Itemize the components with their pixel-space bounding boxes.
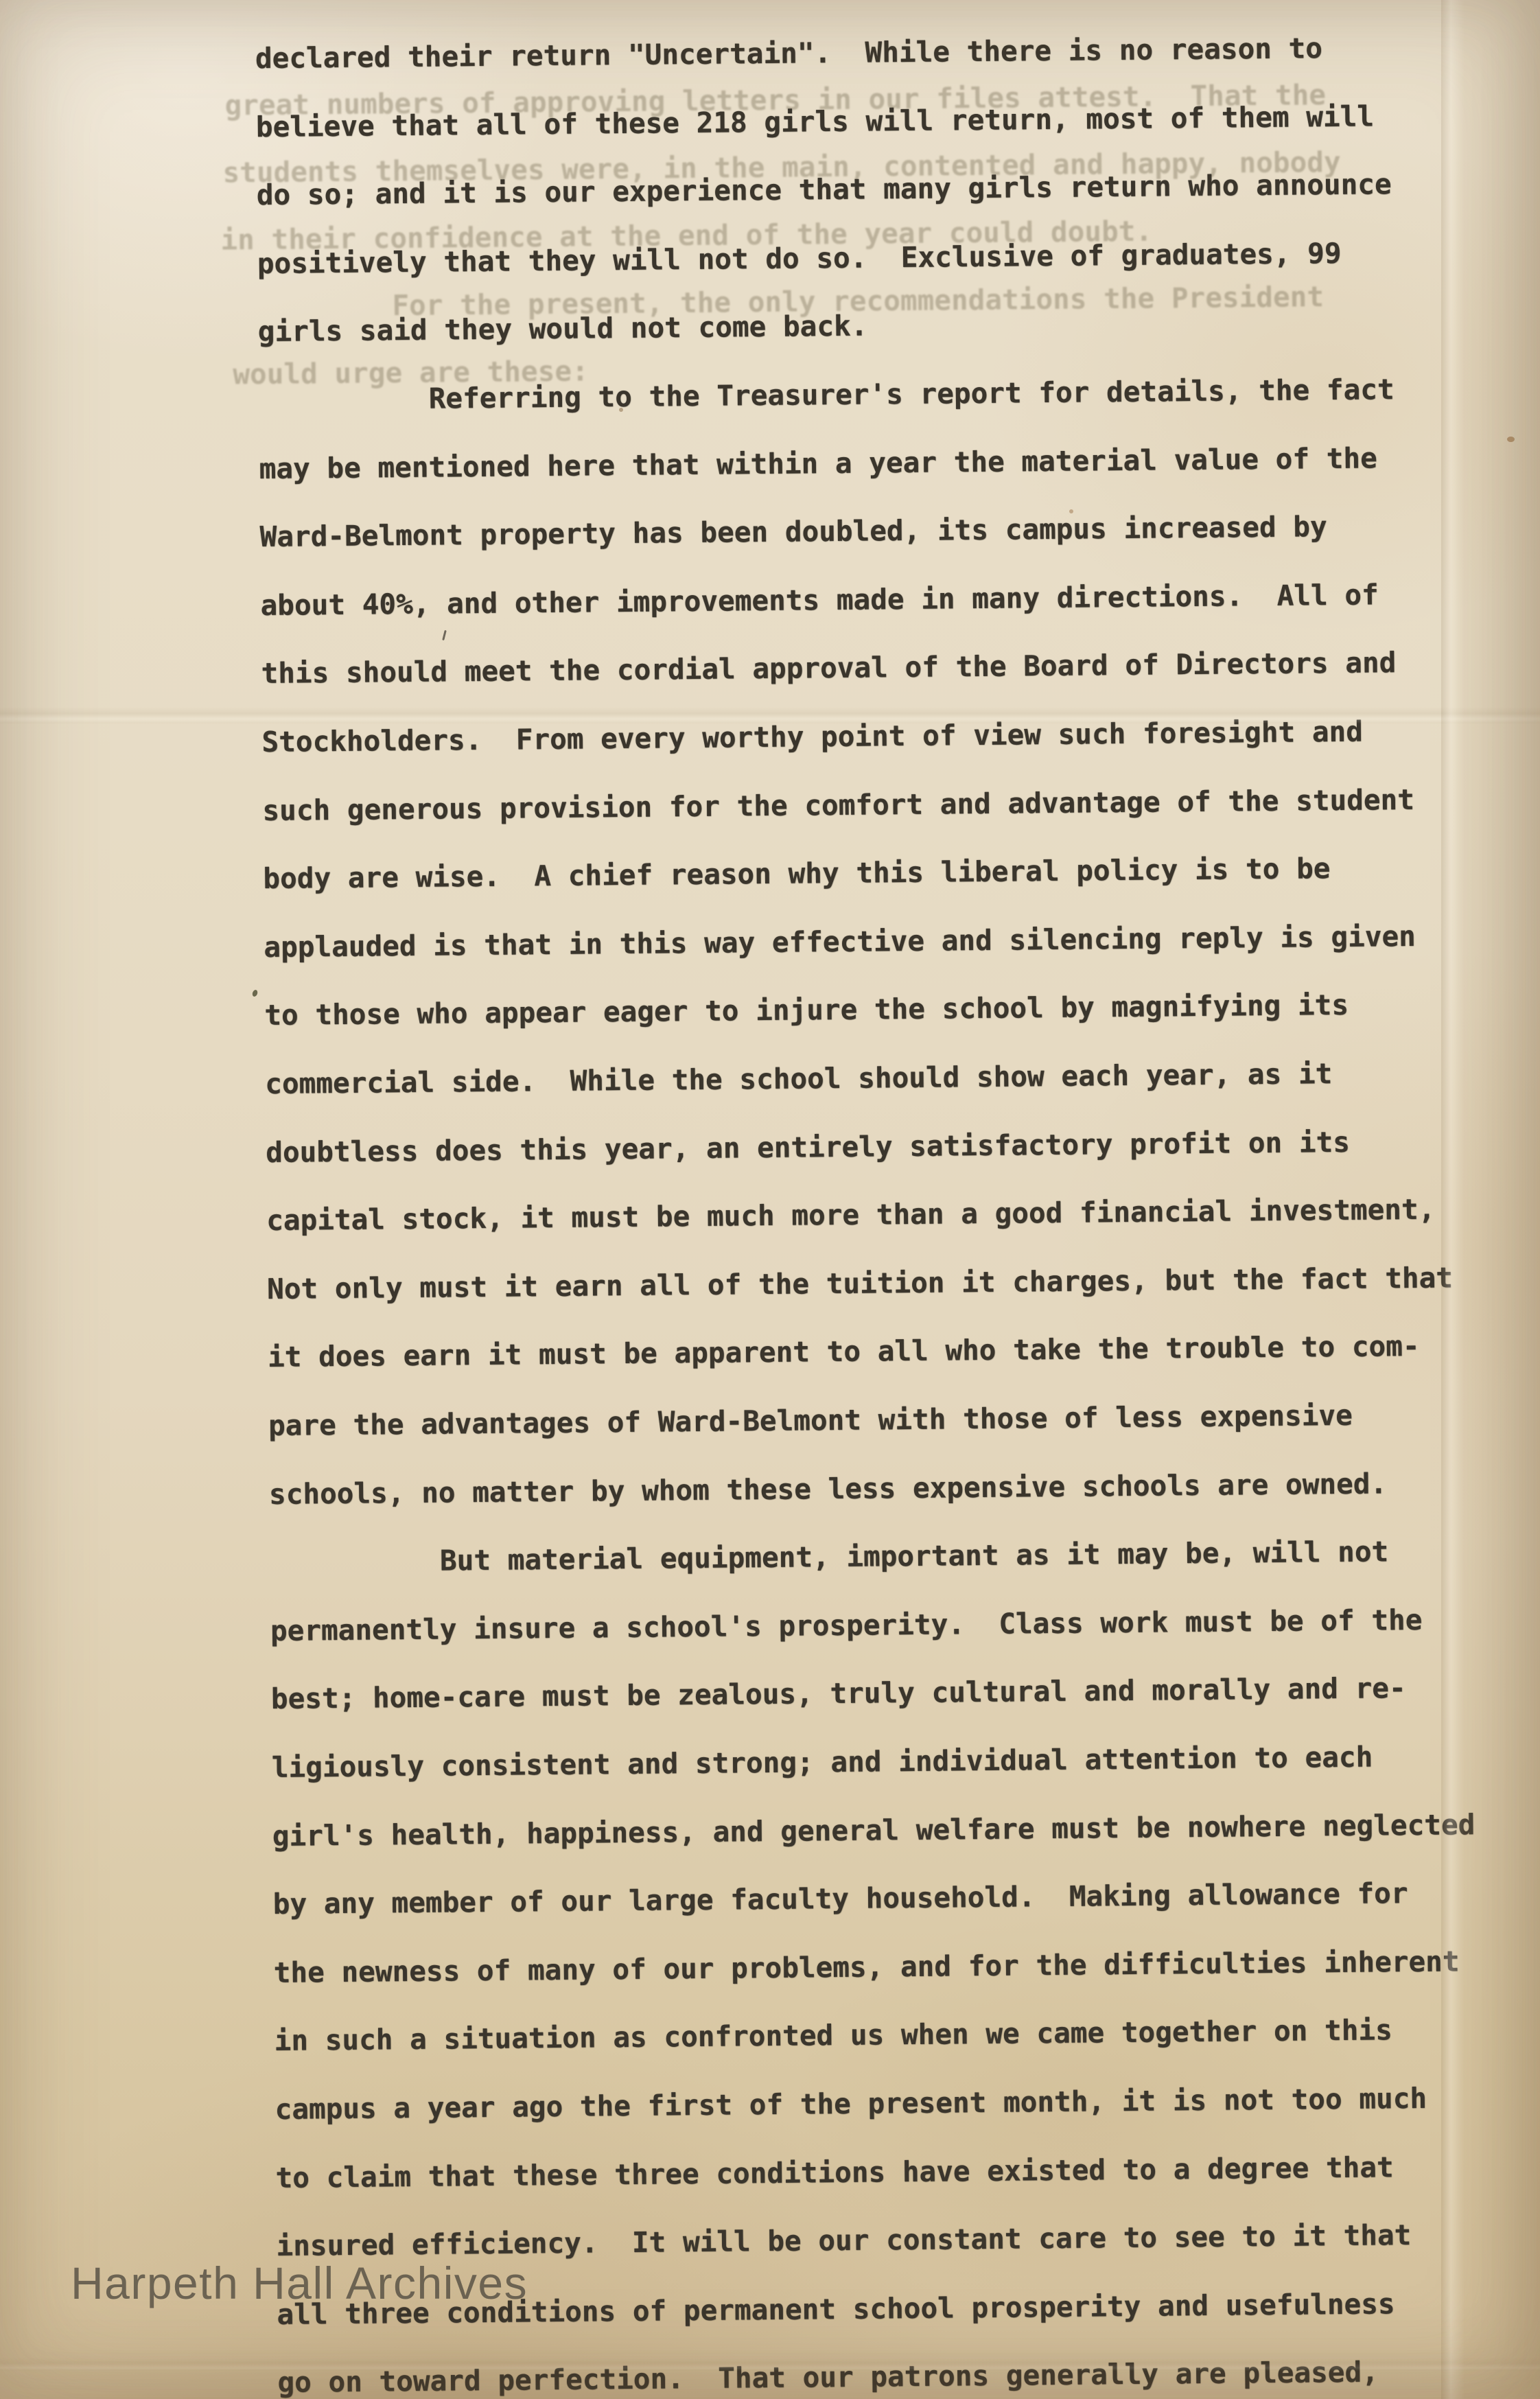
typed-line: capital stock, it must be much more than… — [266, 1196, 1436, 1235]
typed-line: girls said they would not come back. — [258, 312, 868, 347]
typed-line: Not only must it earn all of the tuition… — [267, 1264, 1453, 1303]
typed-line: permanently insure a school's prosperity… — [270, 1606, 1423, 1645]
typed-line: pare the advantages of Ward-Belmont with… — [268, 1402, 1353, 1440]
typed-line: the newness of many of our problems, and… — [274, 1947, 1460, 1987]
typed-line: in such a situation as confronted us whe… — [274, 2017, 1392, 2056]
typed-line: this should meet the cordial approval of… — [261, 649, 1396, 688]
typed-line: Referring to the Treasurer's report for … — [429, 375, 1395, 413]
bleedthrough-lines: great numbers of approving letters in ou… — [0, 0, 1539, 3]
typed-line: Stockholders. From every worthy point of… — [261, 718, 1363, 756]
typed-lines: declared their return "Uncertain". While… — [0, 0, 1539, 3]
scanned-page: great numbers of approving letters in ou… — [0, 0, 1540, 2399]
typed-line: about 40%, and other improvements made i… — [260, 581, 1378, 620]
typed-line: declared their return "Uncertain". While… — [255, 34, 1322, 73]
watermark: Harpeth Hall Archives — [71, 2260, 528, 2306]
typed-line: by any member of our large faculty house… — [273, 1879, 1408, 1919]
typed-line: Ward-Belmont property has been doubled, … — [259, 513, 1327, 551]
typed-line: applauded is that in this way effective … — [264, 923, 1416, 962]
typed-line: girl's health, happiness, and general we… — [272, 1811, 1475, 1851]
typed-line: ligiously consistent and strong; and ind… — [272, 1743, 1373, 1782]
typed-line: commercial side. While the school should… — [265, 1060, 1332, 1098]
typed-line: body are wise. A chief reason why this l… — [263, 855, 1330, 893]
typed-line: positively that they will not do so. Exc… — [257, 240, 1342, 278]
typed-line: to those who appear eager to injure the … — [264, 991, 1349, 1030]
typed-line: insured efficiency. It will be our const… — [276, 2221, 1411, 2260]
typed-line: it does earn it must be apparent to all … — [268, 1332, 1420, 1371]
typed-line: such generous provision for the comfort … — [262, 786, 1414, 825]
typed-line: best; home-care must be zealous, truly c… — [271, 1674, 1406, 1713]
typed-line: schools, no matter by whom these less ex… — [269, 1470, 1387, 1509]
typed-line: doubtless does this year, an entirely sa… — [266, 1128, 1350, 1166]
typed-line: to claim that these three conditions hav… — [275, 2153, 1393, 2192]
typed-line: do so; and it is our experience that man… — [257, 170, 1392, 209]
typed-line: But material equipment, important as it … — [440, 1538, 1389, 1575]
typed-line: campus a year ago the first of the prese… — [275, 2085, 1427, 2124]
page-content: great numbers of approving letters in ou… — [0, 0, 1540, 2399]
typed-line: may be mentioned here that within a year… — [259, 444, 1377, 483]
